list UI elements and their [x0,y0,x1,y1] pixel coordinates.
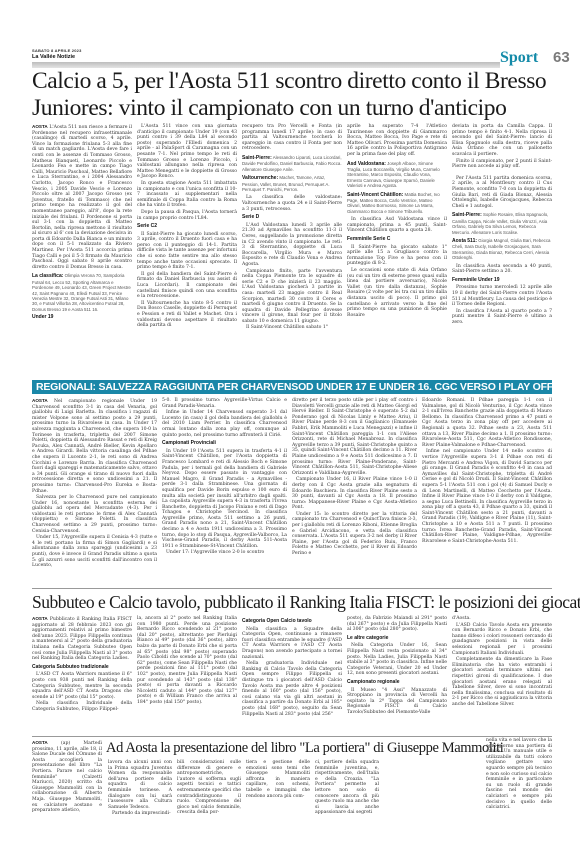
divider [32,588,552,589]
box-label: La classifica: [32,273,63,279]
body-text: L'Asd Valdostana lunedì 3 aprile alle 21… [242,223,342,268]
body-text: In questa stagione Aosta 511 imbattuta i… [137,181,237,209]
article2-col3: diretto per il terzo posto utile per i p… [292,398,417,558]
dateline: AOSTA [32,124,48,129]
dateline: AOSTA [32,398,48,403]
body-text: La classifica delle valdostane: Valtourn… [242,195,342,212]
lineup-box: Saint-Pierre: Sophie Rosaire, Elisa Spag… [452,212,552,235]
lineup-box: Saint-Pierre: Alessandro Liparoti, Luca … [242,155,342,172]
body-text: Nella graduatoria Individuale nel Rankin… [242,661,342,717]
section-banner: REGIONALI: SALVEZZA RAGGIUNTA PER CHARVE… [32,380,552,394]
divider [32,736,552,737]
body-text: Infine nel campionato Under 14 nello sco… [422,449,552,544]
newspaper-name: La Vallée Notizie [32,54,552,60]
body-text: In classifica l'Aosta al quarto posto a … [452,309,552,326]
subhead: Categoria Open Calcio tavolo [242,619,342,625]
body-text: ci, portiere della squadra femminile juv… [315,760,379,816]
lineup-box: Valtournenche: Machet, Tamone, Artaz, Pe… [242,175,342,192]
subhead: Categoria Subbuteo tradizionale [32,665,132,671]
box-label: Saint-Pierre: [452,212,482,218]
body-text: Completamente da dimenticare la Fase Eli… [452,657,552,707]
article4-col2: lavora da alcuni anni con la Prima squad… [108,760,172,818]
body-text: diretto per il terzo posto utile per i p… [292,398,417,476]
box-label: Saint-Vincent Châtillon: [347,192,403,198]
headline-line-2: Juniores: vinto il campionato con un tur… [32,97,552,121]
lineup-box: Saint-Vincent Châtillon: Mattia Bochet, … [347,192,447,215]
body-text: In Under 19 l'Aosta 511 supera in trasfe… [162,449,287,550]
body-text: Nella classifica a Squadre della Categor… [242,627,342,661]
body-text: Il Saint-Pierre ha giocato lunedì scorso… [137,232,237,271]
body-text: Il Museo "4 Assi" Manazzato di Stroppian… [347,688,447,716]
body-text: Infine in Under 14 Charvensod superato 3… [162,410,287,438]
box-label: Valtournenche: [242,175,278,181]
article1-col2: L'Aosta 511 vince con una giornata d'ant… [137,124,237,330]
article2-col1: AOSTA Nel campionato regionale Under 19 … [32,398,157,570]
body-text: Campionato Under 16, il River Plaine vin… [292,477,417,511]
dateline: AOSTA [32,740,48,745]
body-text: Finito il campionato, per 2 punti il Sai… [452,159,552,170]
body-text: posto), da Fabrizio Maiandi al 291° post… [347,616,447,633]
subhead: Under 19 [32,315,132,321]
box-text: Olimpia Verona 70, Sampdoria Futsal 64, … [32,273,131,311]
box-label: Asd Valdostana: [347,161,386,167]
body-text: Under 17: l'Aygreville vince 2-0 lo scon… [162,550,287,556]
body-text: deviata in porta da Camilla Cappa. Il pr… [452,124,552,158]
article4-col6: nella vita e nel lavoro che la ogni gior… [486,738,552,812]
subhead: Campionato regionale [347,680,447,686]
article3-headline: Subbuteo e Calcio tavolo, pubblicato il … [32,594,552,612]
body-text: Il Saint-Pierre ha giocato sabato 1° apr… [347,245,447,267]
box-label: Aosta 511: [452,238,477,244]
body-text: 5-0. Il prossimo turno: Aygreville-Virtu… [162,398,287,409]
body-text: Under 15: lo scontro diretto per la vitt… [292,512,417,557]
issue-date: SABATO 8 APRILE 2023 [32,48,552,53]
article4-col5: ci, portiere della squadra femminile juv… [315,760,379,817]
dateline: AOSTA [32,616,48,621]
subhead: Serie D [242,215,342,221]
body-text: Nel campionato regionale Under 19 Charve… [32,399,157,494]
body-text: Dopo la pausa di Pasqua, l'Aosta tornerà… [137,210,237,221]
body-text: Nella classifica Individuale della Categ… [32,701,132,712]
lineup-box: Asd Valdostana: Joseph Albace, Simone Tr… [347,161,447,189]
article2-col4: Edoardo Romani. Il Pdhae pareggia 1-1 co… [422,398,552,545]
section-title: Sport [500,49,538,67]
article3-col5: d'Aosta. L'ASD Calcio Tavolo Aosta era p… [452,616,552,709]
body-text: la, ancora al 2° posto nel Ranking Itali… [137,616,237,706]
body-text: Prossimo turno mercoledì 12 aprile alle … [452,285,552,307]
body-text: Pubblicato il Ranking Italia FISCT aggio… [32,617,132,661]
body-text: Nella Categoria Under 16, Sean Filippell… [347,643,447,677]
body-text: bili considerazioni sulle differenze di … [177,760,241,816]
body-text: Il Saint-Vincent Châtillon sabato 1° [242,325,342,331]
subhead: Campionati Provinciali [162,441,287,447]
body-text: Partendo da imprescindi- [108,811,172,817]
headline-line-1: Calcio a 5, per l'Aosta 511 scontro dire… [32,70,552,94]
body-text: d'Aosta. [452,616,552,622]
body-text: In classifica Asd Valdostana vince il ca… [347,217,447,234]
body-text: Il Valtournenche ha vinto 8-5 contro il … [137,301,237,329]
article2-col2: 5-0. Il prossimo turno: Aygreville-Virtu… [162,398,287,557]
article1-col4: aprile ha superato 7-4 l'Atletico Taurin… [347,124,447,319]
article1-col3: recupero tra Pro Vercelli e Fonta (in pr… [242,124,342,332]
article1-headline: Calcio a 5, per l'Aosta 511 scontro dire… [32,70,552,120]
article3-col1: AOSTA Pubblicato il Ranking Italia FISCT… [32,616,132,714]
article4-headline: Ad Aosta la presentazione del libro "La … [106,741,436,756]
classifica-box: La classifica: Olimpia Verona 70, Sampdo… [32,273,132,312]
body-text: Edoardo Romani. Il Pdhae pareggia 1-1 co… [422,398,552,448]
body-text: L'ASD Calcio Tavolo Aosta era presente c… [452,623,552,657]
body-text: Il gol della bandiera del Saint-Pierre è… [137,272,237,300]
subhead: Femminile Serie C [347,237,447,243]
body-text: nella vita e nel lavoro che la ogni gior… [486,738,552,811]
body-text: recupero tra Pro Vercelli e Fonta (in pr… [242,124,342,152]
body-text: L'ASD CT Aosta Warriors mantiene il 6° p… [32,672,132,700]
article1-col5: deviata in porta da Camilla Cappa. Il pr… [452,124,552,327]
article4-col3: bili considerazioni sulle differenze di … [177,760,241,817]
article1-col1: AOSTA L'Aosta 511 non riesce a fermare i… [32,124,132,323]
subhead: Serie C2 [137,224,237,230]
body-text: In classifica Aosta seconda a 40 punti, … [452,264,552,275]
body-text: Campionato finito, parte l'avventura nel… [242,269,342,325]
article4-col4: tiera e gestione delle emozioni sono tem… [246,760,310,800]
page-number: 63 [553,49,570,66]
article3-col2: la, ancora al 2° posto nel Ranking Itali… [137,616,237,707]
lineup-box: Aosta 511: Giorgia Magnol, Giulia Bari, … [452,238,552,261]
body-text: Salvezza per lo Charvensod pure nel camp… [32,495,157,534]
body-text: Le occasioni sono state di Asia Orfano (… [347,268,447,318]
box-label: Saint-Pierre: [242,155,272,161]
subhead: Le altre categorie [347,636,447,642]
body-text: Per l'Aosta 511 partita domenica scorsa,… [452,176,552,210]
subhead: Femminile Under 19 [452,278,552,284]
body-text: aprile ha superato 7-4 l'Atletico Taurin… [347,124,447,158]
article3-col3: Categoria Open Calcio tavolo Nella class… [242,616,342,718]
body-text: lavora da alcuni anni con la Prima squad… [108,760,172,810]
article3-col4: posto), da Fabrizio Maiandi al 291° post… [347,616,447,717]
article4-col1: AOSTA (ap) Martedì prossimo, 11 aprile, … [32,740,102,815]
body-text: (ap) Martedì prossimo, 11 aprile, alle 1… [32,741,102,813]
body-text: L'Aosta 511 non riesce a fermare il Pord… [32,125,132,270]
body-text: tiera e gestione delle emozioni sono tem… [246,760,310,799]
body-text: Under 15, l'Aygreville supera il Cenisia… [32,535,157,569]
body-text: L'Aosta 511 vince con una giornata d'ant… [137,124,237,180]
masthead: SABATO 8 APRILE 2023 La Vallée Notizie S… [32,48,552,60]
